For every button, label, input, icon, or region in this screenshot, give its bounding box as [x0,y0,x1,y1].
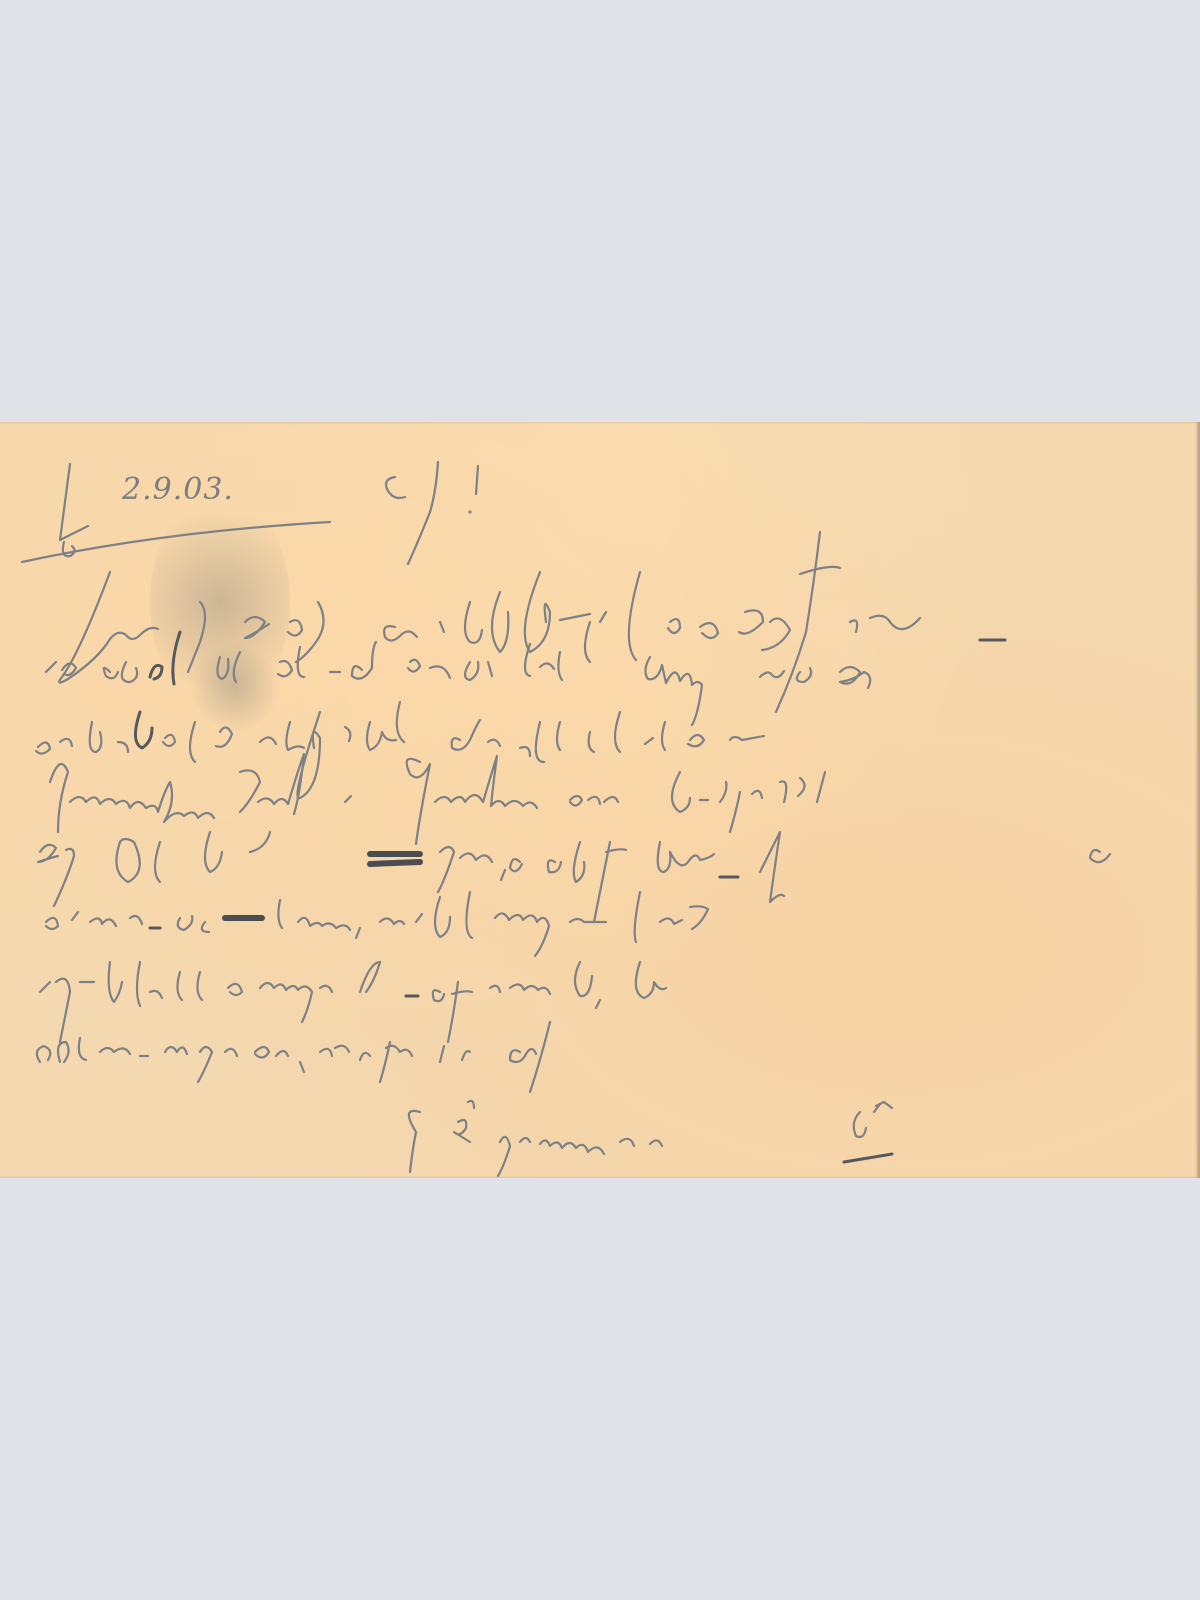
postcard: 2.9.03. Olbernhau Flauslinger Dorf Hohen… [0,422,1200,1178]
handwriting-strokes [0,422,1200,1178]
postcard-date: 2.9.03. [122,472,234,507]
